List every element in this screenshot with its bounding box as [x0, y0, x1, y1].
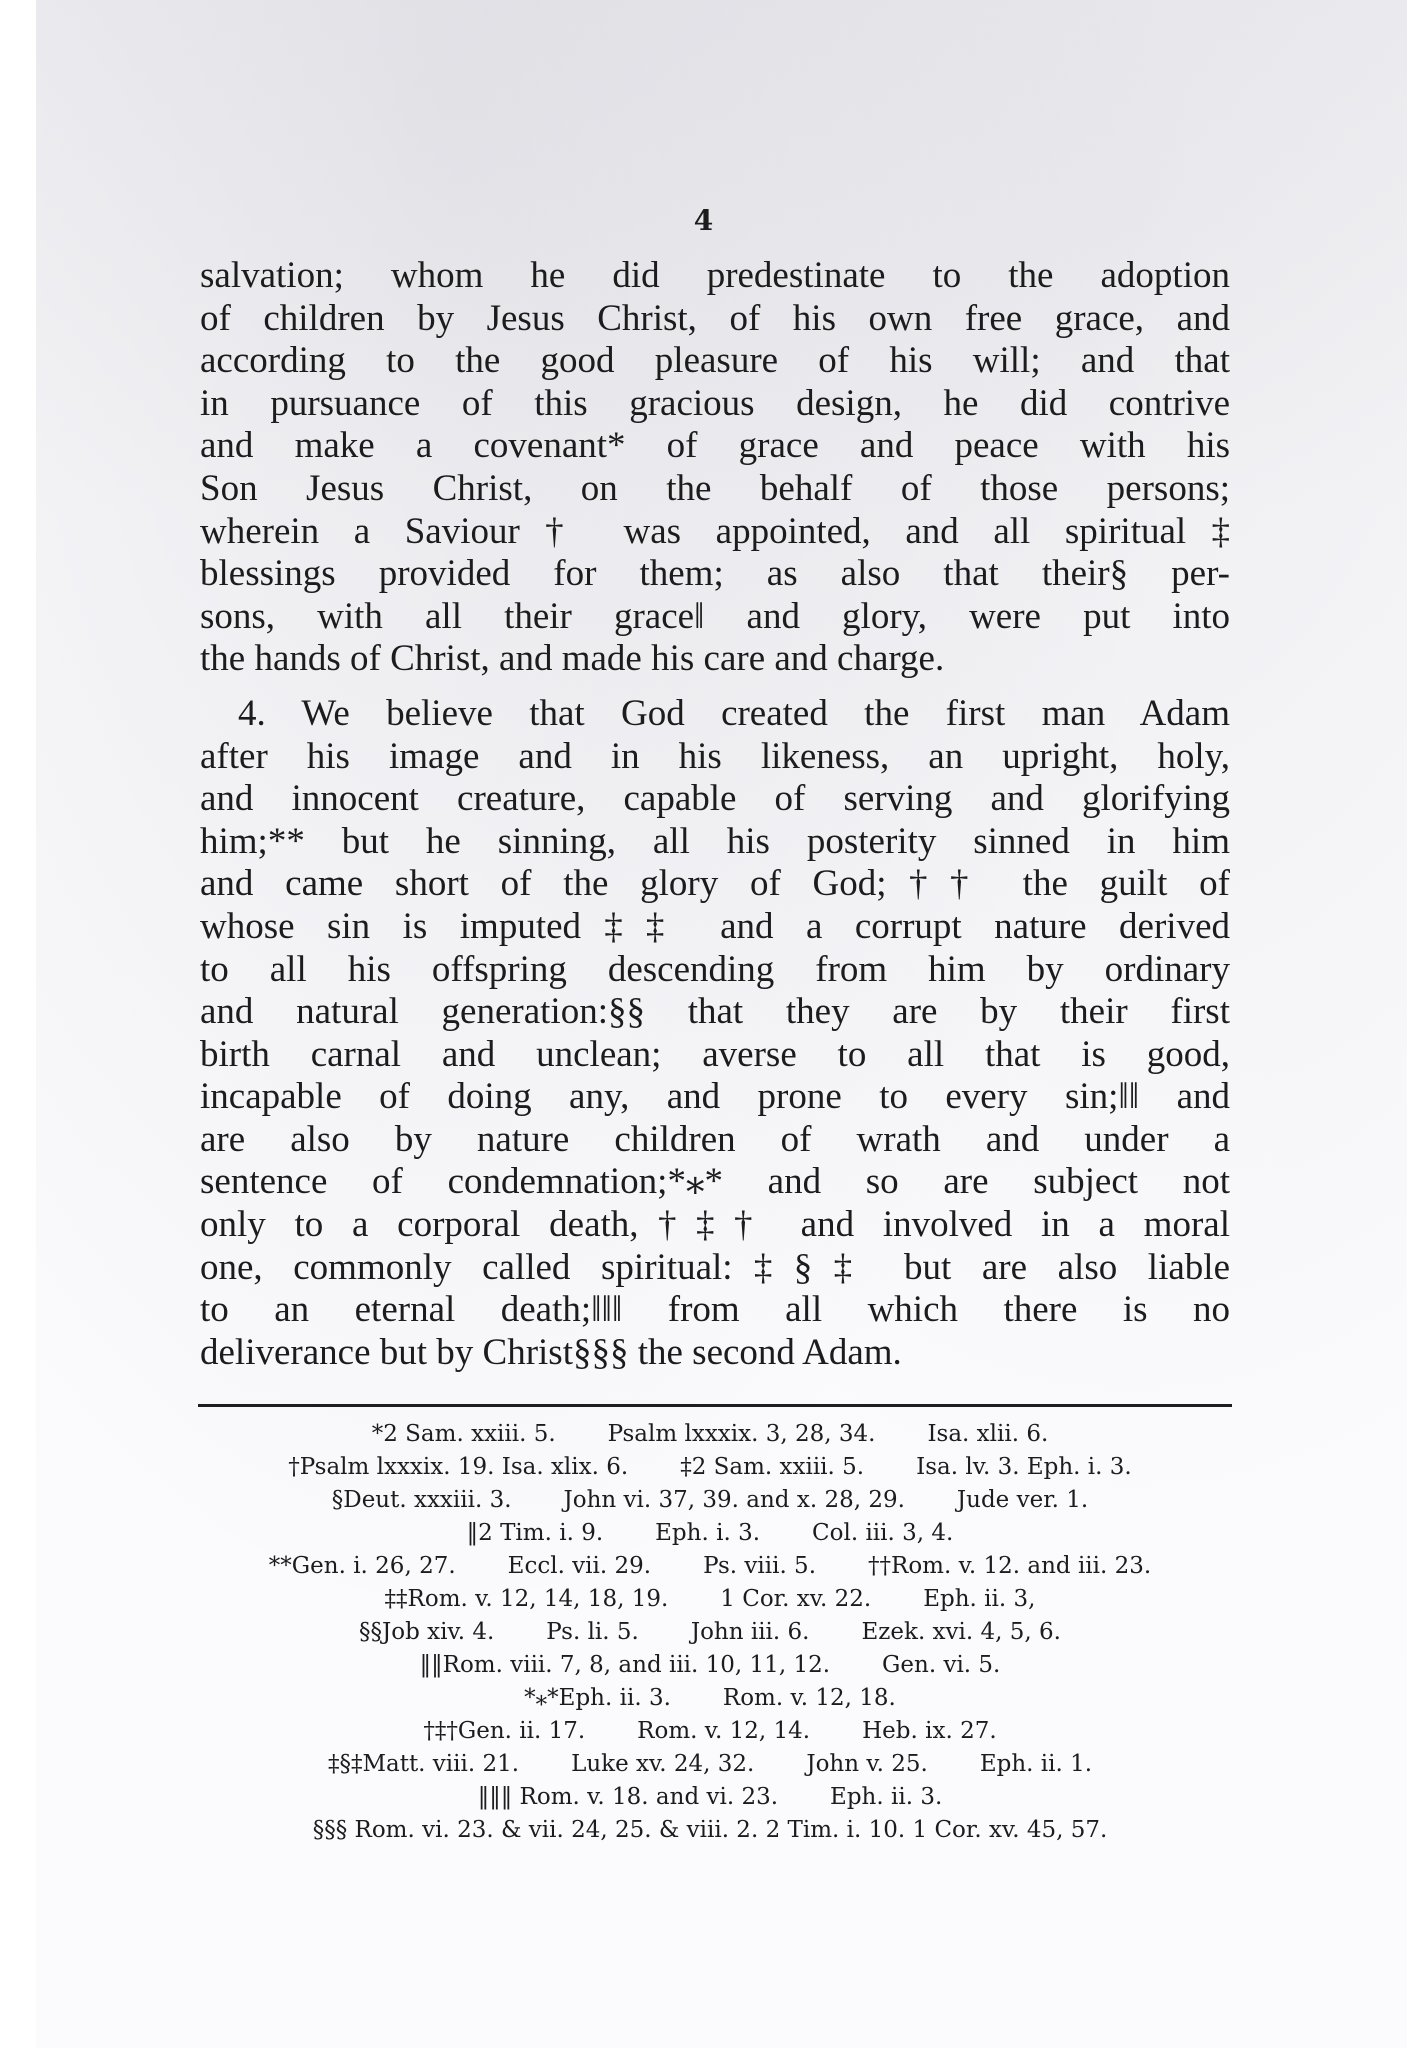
footnote-ref: Luke xv. 24, 32.	[571, 1751, 754, 1777]
footnote-ref: Isa. lv. 3. Eph. i. 3.	[916, 1454, 1132, 1480]
text-line: are also by nature children of wrath and…	[200, 1119, 1230, 1162]
footnote-ref: Heb. ix. 27.	[862, 1718, 997, 1744]
footnote-line: **Gen. i. 26, 27.Eccl. vii. 29.Ps. viii.…	[180, 1550, 1240, 1583]
text-line: one, commonly called spiritual:‡§‡ but a…	[200, 1247, 1230, 1290]
footnote-ref: ‡‡Rom. v. 12, 14, 18, 19.	[385, 1586, 669, 1612]
footnote-ref: Jude ver. 1.	[957, 1487, 1088, 1513]
text-line: salvation; whom he did predestinate to t…	[200, 255, 1230, 298]
text-line: birth carnal and unclean; averse to all …	[200, 1034, 1230, 1077]
text-line: to an eternal death;‖‖‖ from all which t…	[200, 1289, 1230, 1332]
footnote-line: §§§ Rom. vi. 23. & vii. 24, 25. & viii. …	[180, 1814, 1240, 1847]
paragraph-gap	[200, 681, 1230, 693]
footnote-ref: †‡†Gen. ii. 17.	[423, 1718, 585, 1744]
text-line: sentence of condemnation;*⁎* and so are …	[200, 1161, 1230, 1204]
footnote-line: ‖‖Rom. viii. 7, 8, and iii. 10, 11, 12.G…	[180, 1649, 1240, 1682]
footnote-ref: †Psalm lxxxix. 19. Isa. xlix. 6.	[288, 1454, 628, 1480]
text-line: him;** but he sinning, all his posterity…	[200, 821, 1230, 864]
footnote-ref: Isa. xlii. 6.	[927, 1421, 1048, 1447]
footnote-ref: Ps. li. 5.	[546, 1619, 639, 1645]
footnote-line: †Psalm lxxxix. 19. Isa. xlix. 6.‡2 Sam. …	[180, 1451, 1240, 1484]
footnote-ref: Gen. vi. 5.	[882, 1652, 1000, 1678]
footnote-ref: Col. iii. 3, 4.	[812, 1520, 953, 1546]
footnote-ref: Rom. v. 12, 18.	[723, 1685, 896, 1711]
text-line: in pursuance of this gracious design, he…	[200, 383, 1230, 426]
footnotes: *2 Sam. xxiii. 5.Psalm lxxxix. 3, 28, 34…	[180, 1418, 1240, 1847]
body-text: salvation; whom he did predestinate to t…	[200, 255, 1230, 1374]
footnote-line: §Deut. xxxiii. 3.John vi. 37, 39. and x.…	[180, 1484, 1240, 1517]
footnote-ref: Psalm lxxxix. 3, 28, 34.	[608, 1421, 876, 1447]
footnote-ref: John vi. 37, 39. and x. 28, 29.	[564, 1487, 905, 1513]
footnote-ref: §§Job xiv. 4.	[359, 1619, 494, 1645]
text-line: sons, with all their grace‖ and glory, w…	[200, 596, 1230, 639]
paragraph-3-continued: salvation; whom he did predestinate to t…	[200, 255, 1230, 681]
footnote-ref: *⁎*Eph. ii. 3.	[524, 1685, 671, 1711]
text-line: whose sin is imputed‡‡ and a corrupt nat…	[200, 906, 1230, 949]
footnote-ref: **Gen. i. 26, 27.	[269, 1553, 456, 1579]
page-number: 4	[0, 204, 1407, 237]
text-line: and make a covenant* of grace and peace …	[200, 425, 1230, 468]
text-line: and came short of the glory of God;†† th…	[200, 863, 1230, 906]
footnote-ref: §§§ Rom. vi. 23. & vii. 24, 25. & viii. …	[313, 1817, 1108, 1843]
footnote-line: ‖‖‖ Rom. v. 18. and vi. 23.Eph. ii. 3.	[180, 1781, 1240, 1814]
footnote-line: ‖2 Tim. i. 9.Eph. i. 3.Col. iii. 3, 4.	[180, 1517, 1240, 1550]
footnote-ref: Eph. ii. 3,	[923, 1586, 1035, 1612]
footnote-divider	[198, 1404, 1232, 1407]
footnote-ref: Ezek. xvi. 4, 5, 6.	[861, 1619, 1060, 1645]
footnote-line: §§Job xiv. 4.Ps. li. 5.John iii. 6.Ezek.…	[180, 1616, 1240, 1649]
footnote-ref: ‡§‡Matt. viii. 21.	[328, 1751, 519, 1777]
text-line: and innocent creature, capable of servin…	[200, 778, 1230, 821]
footnote-line: ‡§‡Matt. viii. 21.Luke xv. 24, 32.John v…	[180, 1748, 1240, 1781]
text-line: to all his offspring descending from him…	[200, 949, 1230, 992]
text-line: 4. We believe that God created the first…	[200, 693, 1230, 736]
text-line: deliverance but by Christ§§§ the second …	[200, 1332, 1230, 1375]
footnote-ref: John v. 25.	[806, 1751, 927, 1777]
text-line: after his image and in his likeness, an …	[200, 736, 1230, 779]
text-line: and natural generation:§§ that they are …	[200, 991, 1230, 1034]
article-4: 4. We believe that God created the first…	[200, 693, 1230, 1375]
footnote-ref: Eph. ii. 3.	[830, 1784, 942, 1810]
text-line: wherein a Saviour† was appointed, and al…	[200, 511, 1230, 554]
footnote-ref: Eph. ii. 1.	[980, 1751, 1092, 1777]
footnote-line: *2 Sam. xxiii. 5.Psalm lxxxix. 3, 28, 34…	[180, 1418, 1240, 1451]
text-line: of children by Jesus Christ, of his own …	[200, 298, 1230, 341]
footnote-ref: Rom. v. 12, 14.	[637, 1718, 810, 1744]
text-line: the hands of Christ, and made his care a…	[200, 638, 1230, 681]
footnote-ref: *2 Sam. xxiii. 5.	[372, 1421, 556, 1447]
footnote-ref: ††Rom. v. 12. and iii. 23.	[868, 1553, 1151, 1579]
scan-margin	[0, 0, 36, 2048]
footnote-ref: ‖‖Rom. viii. 7, 8, and iii. 10, 11, 12.	[420, 1652, 830, 1678]
footnote-ref: ‖2 Tim. i. 9.	[467, 1520, 604, 1546]
text-line: incapable of doing any, and prone to eve…	[200, 1076, 1230, 1119]
footnote-ref: 1 Cor. xv. 22.	[720, 1586, 871, 1612]
footnote-ref: §Deut. xxxiii. 3.	[332, 1487, 512, 1513]
text-line: blessings provided for them; as also tha…	[200, 553, 1230, 596]
footnote-line: *⁎*Eph. ii. 3.Rom. v. 12, 18.	[180, 1682, 1240, 1715]
footnote-ref: ‖‖‖ Rom. v. 18. and vi. 23.	[478, 1784, 778, 1810]
text-line: Son Jesus Christ, on the behalf of those…	[200, 468, 1230, 511]
footnote-line: ‡‡Rom. v. 12, 14, 18, 19.1 Cor. xv. 22.E…	[180, 1583, 1240, 1616]
footnote-ref: ‡2 Sam. xxiii. 5.	[680, 1454, 864, 1480]
footnote-line: †‡†Gen. ii. 17.Rom. v. 12, 14.Heb. ix. 2…	[180, 1715, 1240, 1748]
footnote-ref: Ps. viii. 5.	[703, 1553, 816, 1579]
footnote-ref: Eccl. vii. 29.	[508, 1553, 651, 1579]
footnote-ref: John iii. 6.	[691, 1619, 810, 1645]
footnote-ref: Eph. i. 3.	[655, 1520, 760, 1546]
text-line: only to a corporal death,†‡† and involve…	[200, 1204, 1230, 1247]
text-line: according to the good pleasure of his wi…	[200, 340, 1230, 383]
